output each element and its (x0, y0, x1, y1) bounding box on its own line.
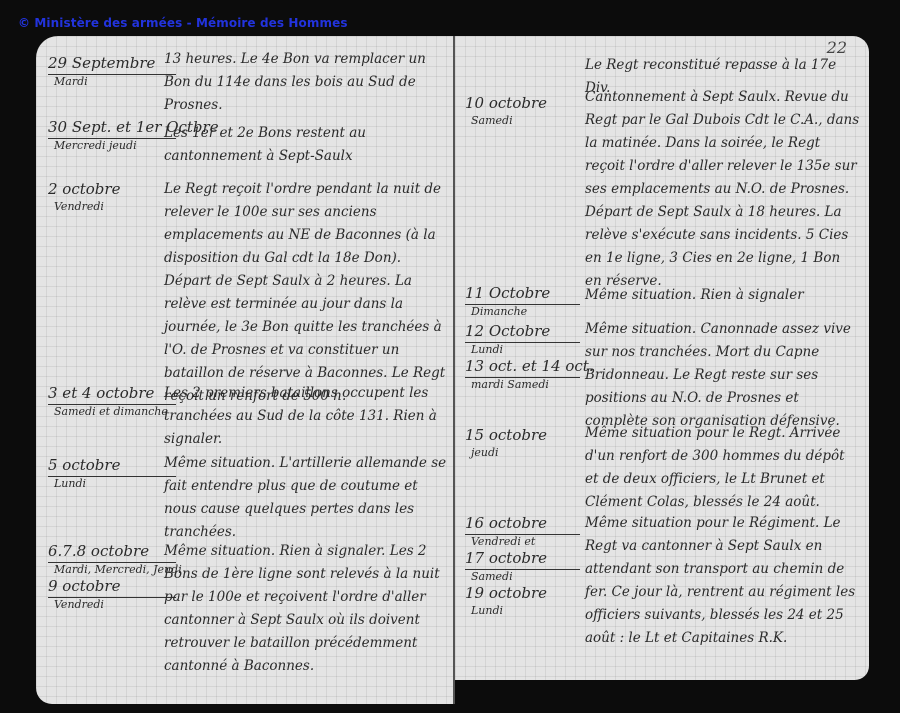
entry-text: 13 heures. Le 4e Bon va remplacer un Bon… (164, 48, 449, 117)
entry-text: Même situation. Rien à signaler (585, 284, 860, 307)
entry-date: 12 Octobre Lundi 13 oct. et 14 oct. mard… (465, 322, 580, 392)
entry-date: 6.7.8 octobre Mardi, Mercredi, Jeudi 9 o… (48, 542, 176, 612)
entry-text: Cantonnement à Sept Saulx. Revue du Regt… (585, 86, 860, 293)
entry-text: Les 2 premiers bataillons occupent les t… (164, 382, 449, 451)
entry-date: 16 octobre Vendredi et 17 octobre Samedi… (465, 514, 580, 618)
entry-date: 2 octobre Vendredi (48, 180, 176, 214)
right-page: 22 Le Regt reconstitué repasse à la 17e … (455, 36, 869, 680)
entry-date: 15 octobre jeudi (465, 426, 580, 460)
copyright-watermark: © Ministère des armées - Mémoire des Hom… (18, 16, 348, 30)
entry-date: 11 Octobre Dimanche (465, 284, 580, 319)
entry-text: Le Regt reçoit l'ordre pendant la nuit d… (164, 178, 449, 408)
entry-text: Même situation. Rien à signaler. Les 2 B… (164, 540, 449, 678)
entry-text: Même situation. L'artillerie allemande s… (164, 452, 449, 544)
entry-date: 5 octobre Lundi (48, 456, 176, 491)
entry-text: Même situation pour le Regt. Arrivée d'u… (585, 422, 860, 514)
entry-text: Même situation. Canonnade assez vive sur… (585, 318, 860, 433)
left-page: 29 Septembre Mardi 13 heures. Le 4e Bon … (36, 36, 454, 704)
entry-date: 30 Sept. et 1er Octbre Mercredi jeudi (48, 118, 176, 153)
entry-date: 10 octobre Samedi (465, 94, 580, 128)
entry-date: 3 et 4 octobre Samedi et dimanche (48, 384, 176, 419)
entry-date: 29 Septembre Mardi (48, 54, 176, 89)
entry-text: Même situation pour le Régiment. Le Regt… (585, 512, 860, 650)
entry-text: Les 1er et 2e Bons restent au cantonneme… (164, 122, 449, 168)
